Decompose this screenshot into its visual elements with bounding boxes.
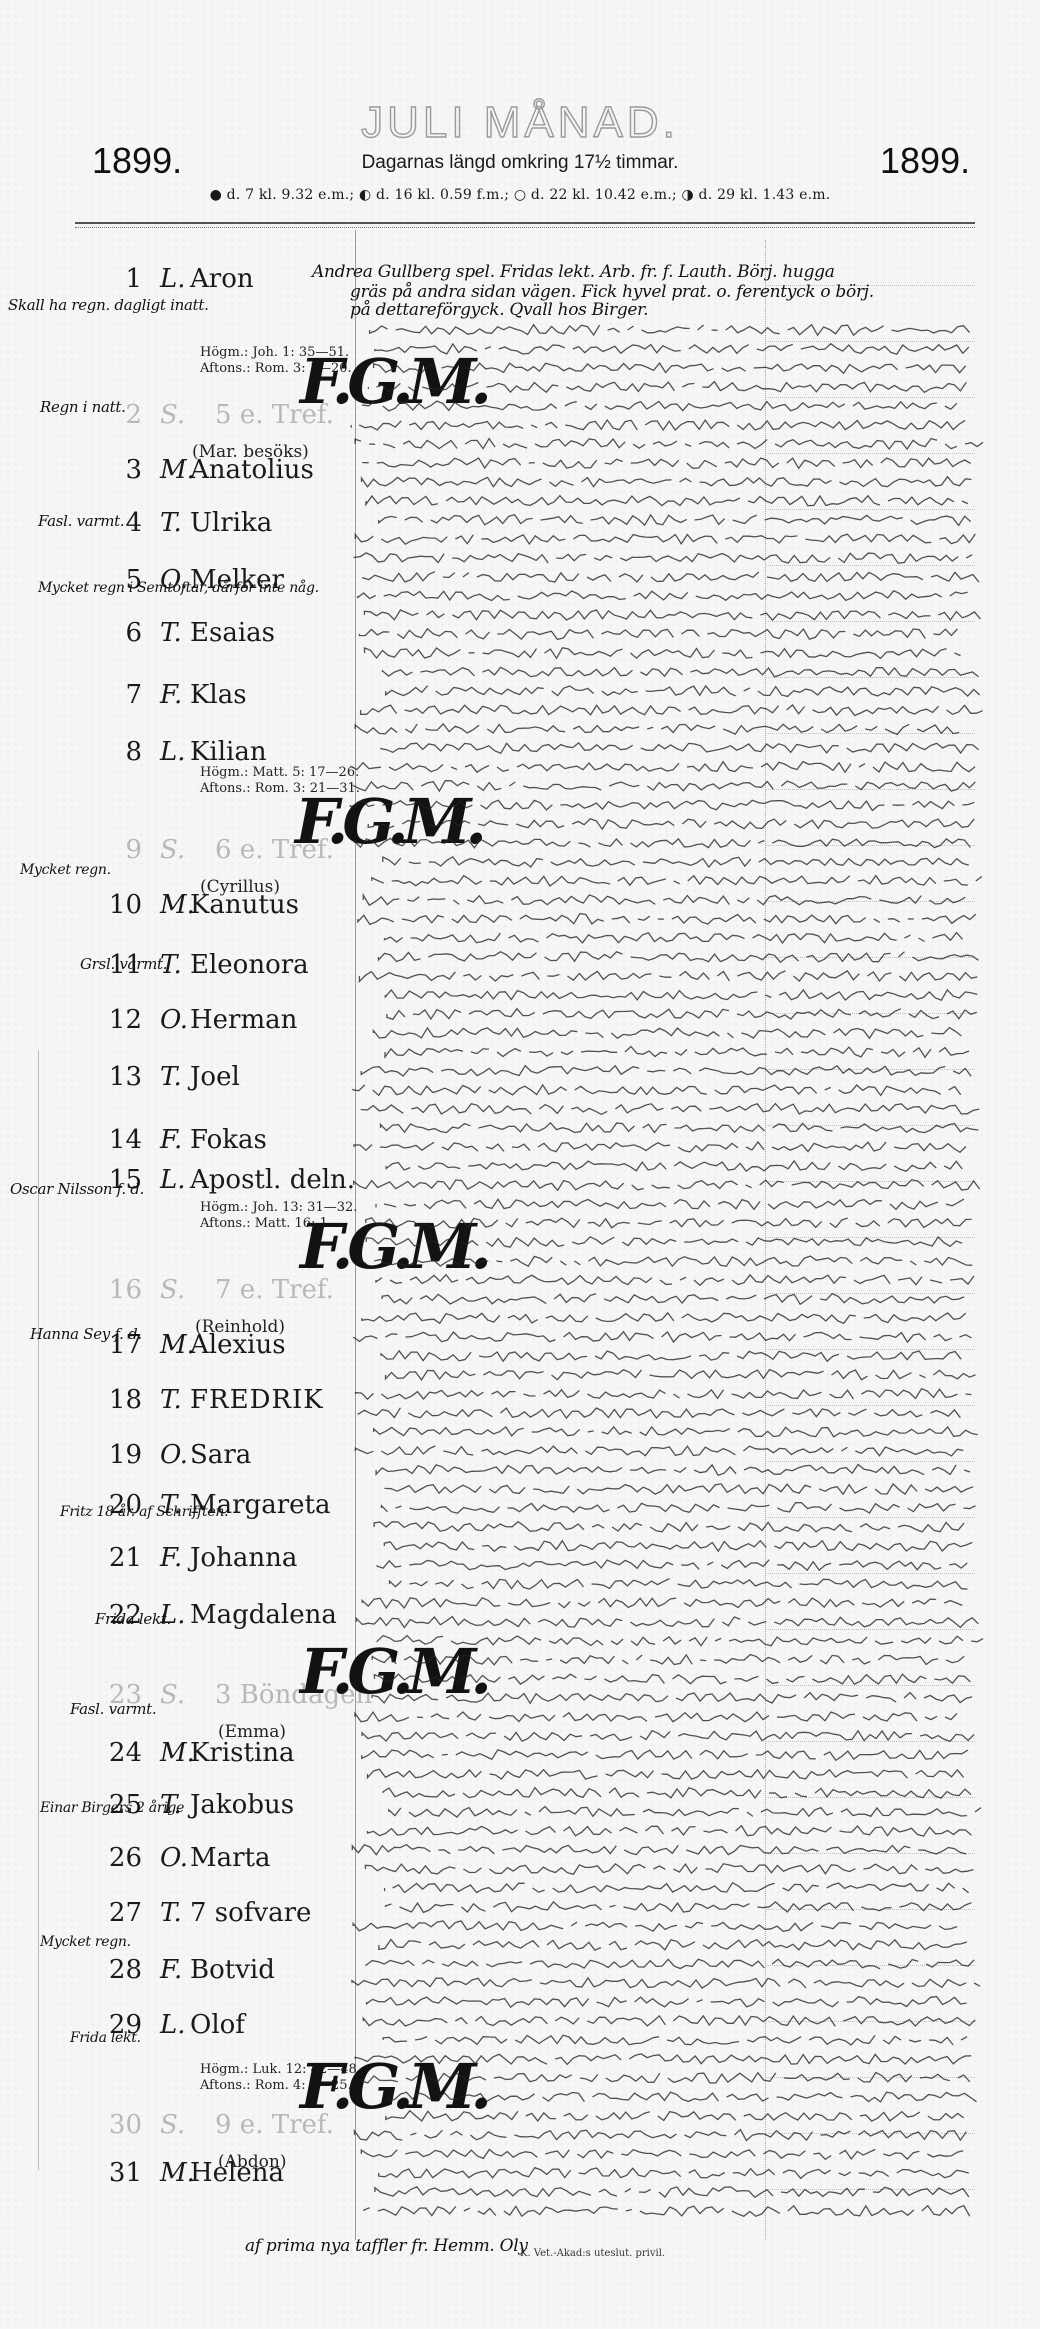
- publisher-privilege: K. Vet.-Akad:s uteslut. privil.: [520, 2248, 665, 2259]
